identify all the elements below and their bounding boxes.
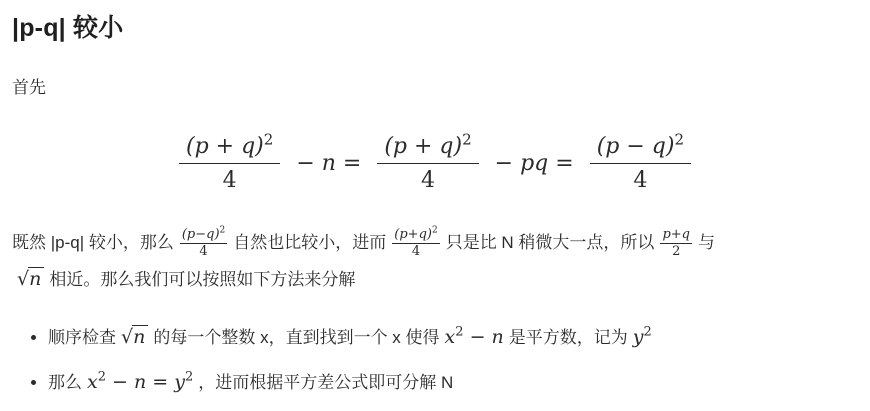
fraction-numerator: (p − q)2 [590,134,691,164]
list-item: 顺序检查√n的每一个整数 x，直到找到一个 x 使得x2 − n是平方数，记为y… [48,322,858,353]
operator-minus-pq-equals: − pq = [495,151,574,176]
fraction-denominator: 4 [392,244,439,259]
fraction-denominator: 4 [377,164,478,193]
exponent: 2 [98,370,106,385]
exponent: 2 [674,130,684,148]
exponent: 2 [462,130,472,148]
fraction-numerator: (p−q)2 [180,228,227,244]
math-x-squared-minus-n-equals-y-squared: x2 − n = y2 [87,371,193,393]
text-segment: ，进而根据平方差公式即可分解 N [198,373,453,392]
fraction-denominator: 4 [180,244,227,259]
article-content: |p-q| 较小 首先 (p + q)24− n =(p + q)24− pq … [0,0,870,398]
sqrt-n: √n [17,268,44,290]
exponent: 2 [220,226,226,236]
fraction-p-plus-q-squared: (p + q)24 [377,134,478,194]
fraction-p-plus-q-squared: (p + q)24 [179,134,280,194]
fraction-numerator: p+q [660,228,692,244]
display-formula: (p + q)24− n =(p + q)24− pq =(p − q)24 [12,134,858,194]
inline-fraction-p-plus-q-squared: (p+q)24 [392,228,439,260]
sqrt-n: √n [121,326,148,348]
fraction-p-minus-q-squared: (p − q)24 [590,134,691,194]
exponent: 2 [644,325,652,340]
radicand: n [28,267,44,290]
fraction-numerator: (p+q)2 [392,228,439,244]
fraction-numerator: (p + q)2 [377,134,478,164]
list-item: 那么x2 − n = y2，进而根据平方差公式即可分解 N [48,367,858,398]
fraction-numerator: (p + q)2 [179,134,280,164]
exponent: 2 [455,325,463,340]
text-segment: 那么 [48,373,82,392]
text-segment: 与 [698,233,715,252]
radicand: n [132,325,148,348]
page-title: |p-q| 较小 [12,14,858,43]
text-segment: 是平方数，记为 [509,328,628,347]
bullet-list: 顺序检查√n的每一个整数 x，直到找到一个 x 使得x2 − n是平方数，记为y… [12,322,858,398]
fraction-denominator: 4 [590,164,691,193]
text-segment: 既然 |p-q| 较小，那么 [12,233,174,252]
fraction-denominator: 2 [660,244,692,259]
text-segment: 相近。那么我们可以按照如下方法来分解 [49,270,355,289]
exponent: 2 [432,226,438,236]
exponent: 2 [185,370,193,385]
inline-fraction-p-minus-q-squared: (p−q)24 [180,228,227,260]
text-segment: 顺序检查 [48,328,116,347]
body-paragraph: 既然 |p-q| 较小，那么(p−q)24自然也比较小，进而(p+q)24只是比… [12,225,858,298]
operator-minus-n-equals: − n = [296,151,361,176]
intro-text: 首先 [12,73,858,98]
text-segment: 自然也比较小，进而 [233,233,386,252]
exponent: 2 [264,130,274,148]
math-y-squared: y2 [633,326,652,348]
inline-fraction-p-plus-q-over-2: p+q2 [660,228,692,260]
text-segment: 的每一个整数 x，直到找到一个 x 使得 [153,328,439,347]
text-segment: 只是比 N 稍微大一点，所以 [446,233,655,252]
fraction-denominator: 4 [179,164,280,193]
math-x-squared-minus-n: x2 − n [445,326,504,348]
